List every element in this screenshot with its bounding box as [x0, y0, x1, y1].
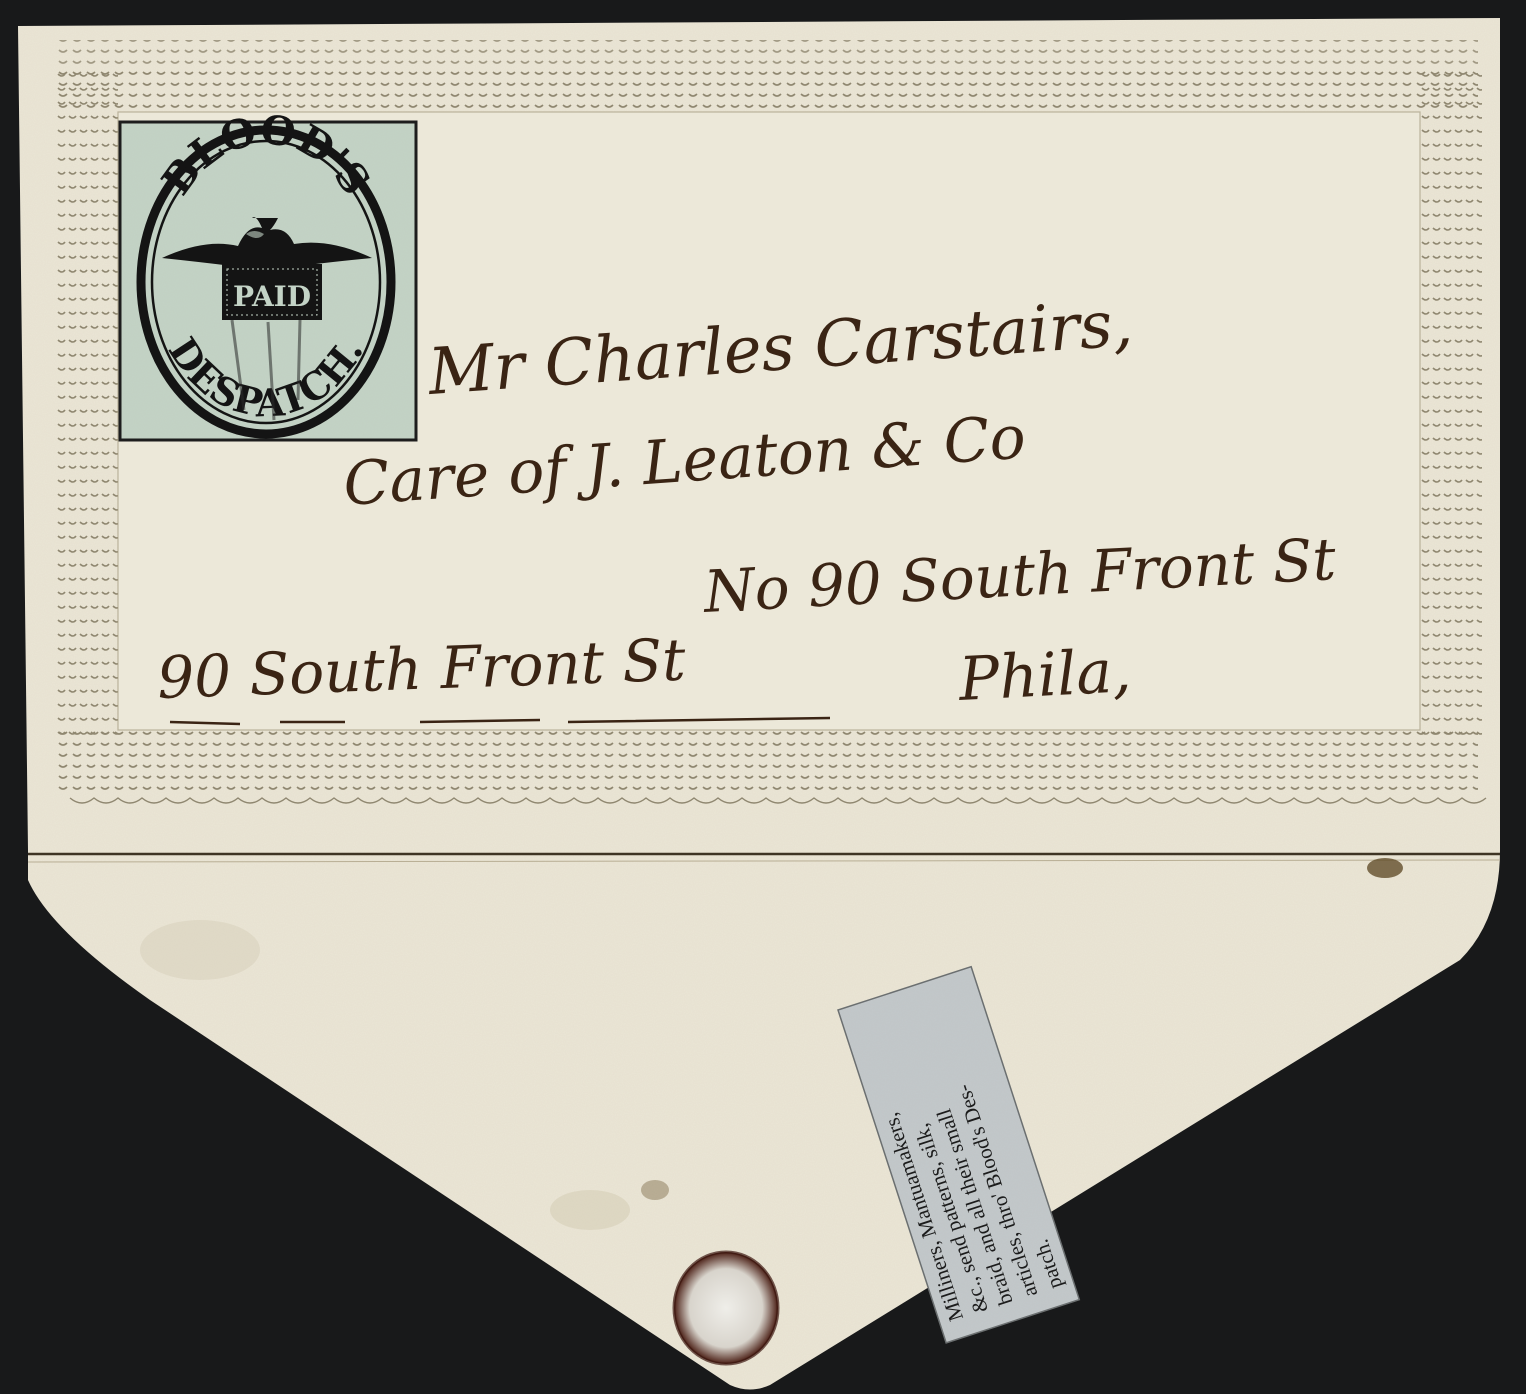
wax-seal-icon [674, 1252, 778, 1364]
envelope-photo: BLOOD'S DESPATCH. PAID Mr Charles Carsta… [0, 0, 1526, 1394]
blood-despatch-stamp: BLOOD'S DESPATCH. PAID [120, 106, 416, 440]
stamp-paid-text: PAID [233, 280, 311, 313]
address-line-4-city: Phila, [956, 636, 1133, 715]
